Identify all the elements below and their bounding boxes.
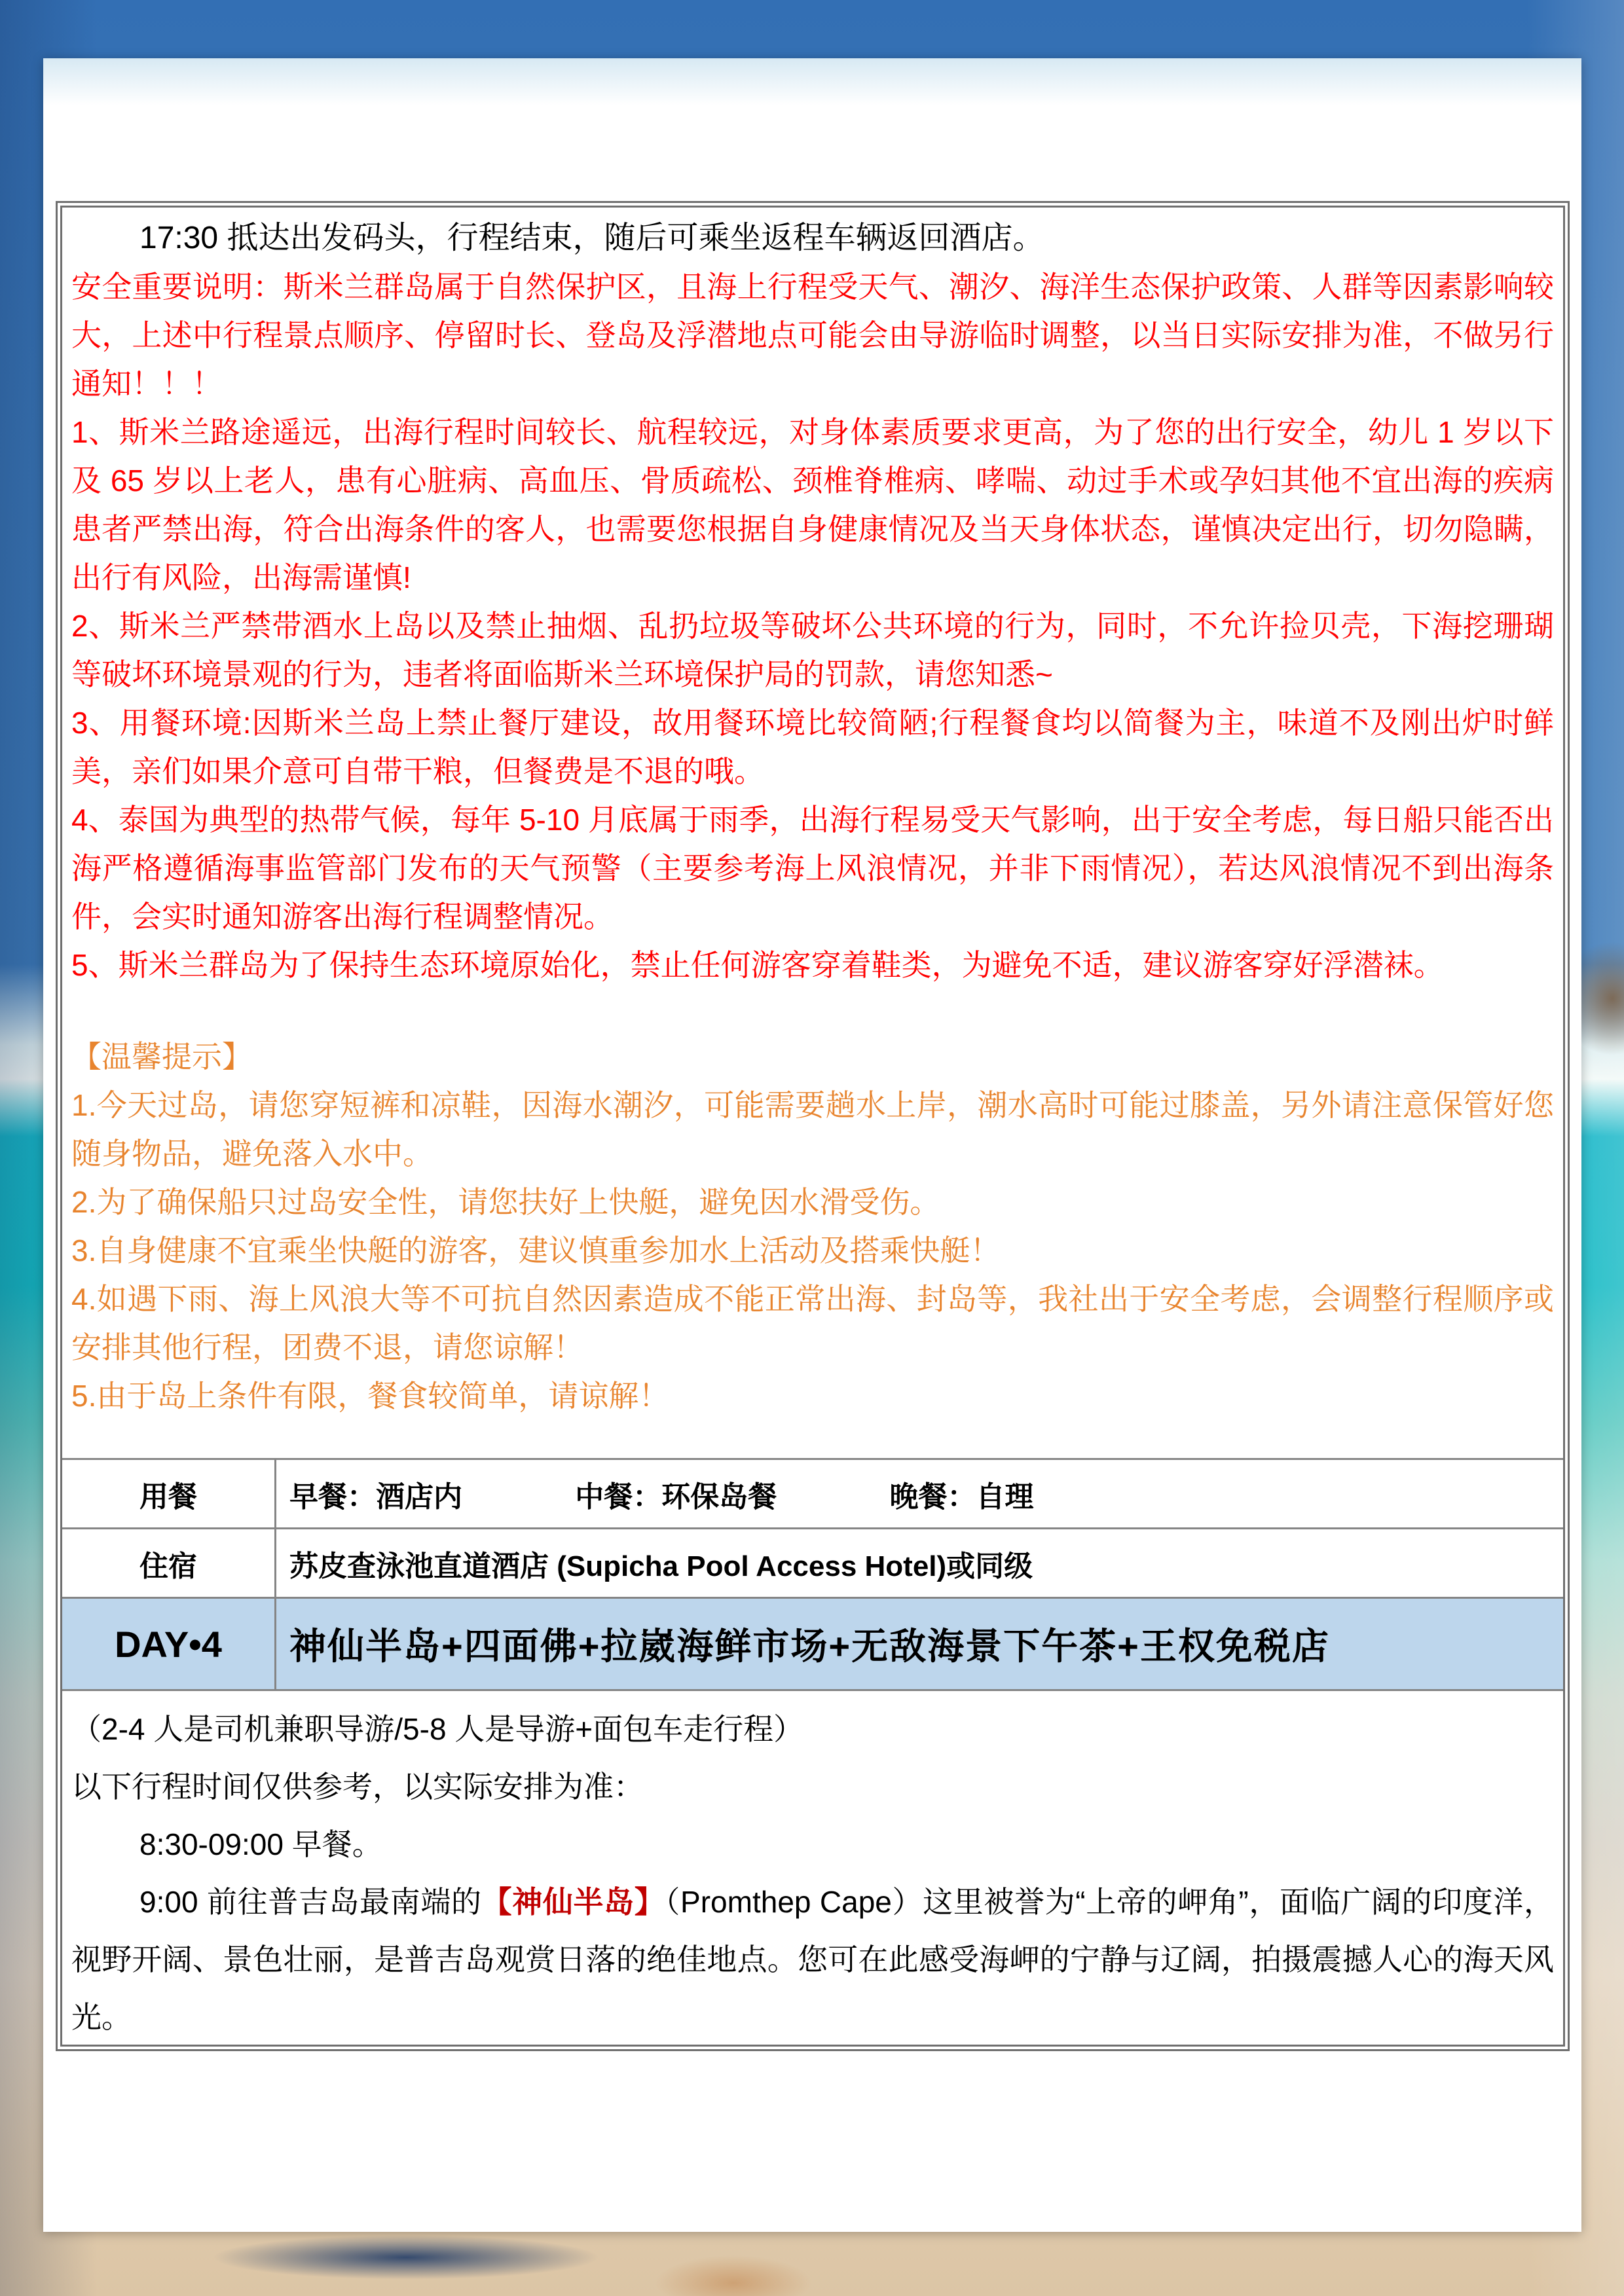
tips-item: 4.如遇下雨、海上风浪大等不可抗自然因素造成不能正常出海、封岛等，我社出于安全考… [71,1275,1554,1372]
day4-group-note: （2-4 人是司机兼职导游/5-8 人是导游+面包车走行程） [71,1700,1554,1758]
tips-item: 5.由于岛上条件有限，餐食较简单，请谅解！ [71,1372,1554,1420]
promthep-highlight: 【神仙半岛】 [482,1885,665,1919]
safety-notice-block: 安全重要说明：斯米兰群岛属于自然保护区，且海上行程受天气、潮汐、海洋生态保护政策… [71,263,1554,989]
hotel-label: 住宿 [62,1529,276,1598]
day4-label: DAY•4 [62,1598,276,1690]
day4-title: 神仙半岛+四面佛+拉崴海鲜市场+无敌海景下午茶+王权免税店 [276,1598,1564,1690]
safety-paragraph: 2、斯米兰严禁带酒水上岛以及禁止抽烟、乱扔垃圾等破坏公共环境的行为，同时，不允许… [71,602,1554,699]
safety-paragraph: 3、用餐环境:因斯米兰岛上禁止餐厅建设，故用餐环境比较简陋;行程餐食均以简餐为主… [71,699,1554,795]
page-top-horizon-tint [43,58,1581,105]
meal-dinner: 晚餐：自理 [889,1481,1033,1513]
day4-schedule-note: 以下行程时间仅供参考，以实际安排为准： [71,1758,1554,1815]
day3-closing-section: 17:30 抵达出发码头，行程结束，随后可乘坐返程车辆返回酒店。 安全重要说明：… [62,208,1563,1420]
arrival-line: 17:30 抵达出发码头，行程结束，随后可乘坐返程车辆返回酒店。 [71,208,1554,263]
spacer [71,989,1554,1032]
document-page: 17:30 抵达出发码头，行程结束，随后可乘坐返程车辆返回酒店。 安全重要说明：… [43,58,1581,2232]
table-row-day4-header: DAY•4 神仙半岛+四面佛+拉崴海鲜市场+无敌海景下午茶+王权免税店 [62,1598,1563,1690]
meal-breakfast: 早餐：酒店内 [289,1481,462,1513]
safety-paragraph: 1、斯米兰路途遥远，出海行程时间较长、航程较远，对身体素质要求更高，为了您的出行… [71,408,1554,602]
hotel-value: 苏皮查泳池直道酒店 (Supicha Pool Access Hotel)或同级 [276,1529,1564,1598]
meals-hotel-day-table: 用餐 早餐：酒店内 中餐：环保岛餐 晚餐：自理 住宿 苏皮查泳池直道酒店 (Su… [62,1458,1563,1691]
tips-item: 2.为了确保船只过岛安全性，请您扶好上快艇，避免因水滑受伤。 [71,1178,1554,1226]
promthep-text-pre: 9:00 前往普吉岛最南端的 [139,1885,482,1919]
tips-item: 3.自身健康不宜乘坐快艇的游客，建议慎重参加水上活动及搭乘快艇！ [71,1226,1554,1275]
day4-promthep-paragraph: 9:00 前往普吉岛最南端的【神仙半岛】（Promthep Cape）这里被誉为… [71,1873,1554,2046]
safety-paragraph: 5、斯米兰群岛为了保持生态环境原始化，禁止任何游客穿着鞋类，为避免不适，建议游客… [71,941,1554,989]
safety-paragraph: 安全重要说明：斯米兰群岛属于自然保护区，且海上行程受天气、潮汐、海洋生态保护政策… [71,263,1554,408]
itinerary-bordered-box: 17:30 抵达出发码头，行程结束，随后可乘坐返程车辆返回酒店。 安全重要说明：… [56,201,1570,2051]
table-row-hotel: 住宿 苏皮查泳池直道酒店 (Supicha Pool Access Hotel)… [62,1529,1563,1598]
meal-lunch: 中餐：环保岛餐 [575,1481,777,1513]
tips-item: 1.今天过岛，请您穿短裤和凉鞋，因海水潮汐，可能需要趟水上岸，潮水高时可能过膝盖… [71,1081,1554,1178]
screenshot-root: { "doc": { "arrival_line": "17:30 抵达出发码头… [0,0,1624,2296]
tips-block: 【温馨提示】 1.今天过岛，请您穿短裤和凉鞋，因海水潮汐，可能需要趟水上岸，潮水… [71,1032,1554,1420]
day4-itinerary-section: （2-4 人是司机兼职导游/5-8 人是导游+面包车走行程） 以下行程时间仅供参… [62,1700,1563,2046]
day4-breakfast-line: 8:30-09:00 早餐。 [71,1815,1554,1873]
spacer [62,1420,1563,1458]
meals-value: 早餐：酒店内 中餐：环保岛餐 晚餐：自理 [276,1459,1564,1529]
table-row-meals: 用餐 早餐：酒店内 中餐：环保岛餐 晚餐：自理 [62,1459,1563,1529]
meals-label: 用餐 [62,1459,276,1529]
tips-title: 【温馨提示】 [71,1032,1554,1081]
safety-paragraph: 4、泰国为典型的热带气候，每年 5-10 月底属于雨季，出海行程易受天气影响，出… [71,795,1554,941]
